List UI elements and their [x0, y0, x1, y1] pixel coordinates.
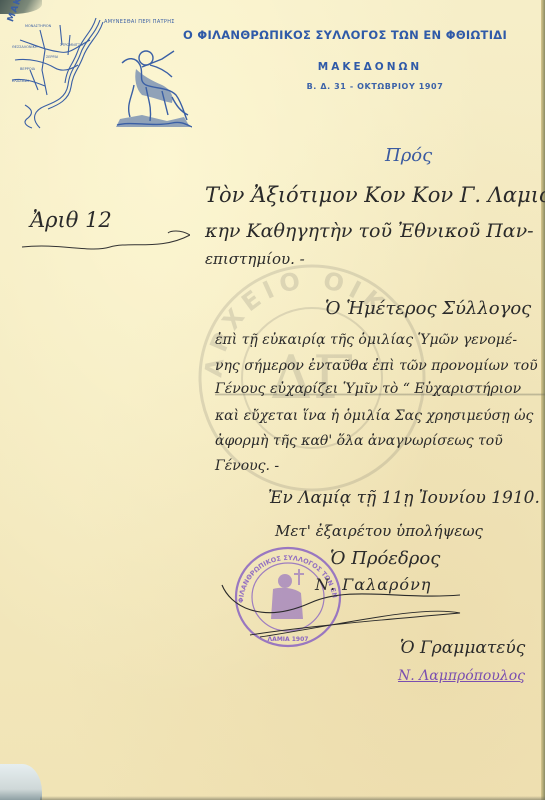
recipient-line-1: Τὸν Ἀξιότιμον Κον Κον Γ. Λαμισά-	[205, 183, 545, 207]
body-line-5: καὶ εὔχεται ἵνα ἡ ὁμιλία Σας χρησιμεύσῃ …	[215, 408, 533, 424]
macedonia-map-icon: ΜΟΝΑΣΤΗΡΙΟΝ ΘΕΣΣΑΛΟΝΙΚΗ ΣΤΡΩΜΝΙΤΣΑ ΣΕΡΡΑ…	[0, 10, 110, 130]
svg-text:ΣΤΡΩΜΝΙΤΣΑ: ΣΤΡΩΜΝΙΤΣΑ	[60, 43, 83, 47]
svg-text:ΕΛΑΣΣΩΝ: ΕΛΑΣΣΩΝ	[12, 79, 29, 83]
secretary-signature: Ν. Λαμπρόπουλος	[398, 668, 525, 684]
body-line-3: νης σήμερον ἐνταῦθα ἐπὶ τῶν προνομίων το…	[215, 358, 538, 374]
recipient-line-3: επιστημίου. -	[205, 250, 305, 268]
society-title: Ο ΦΙΛΑΝΘΡΩΠΙΚΟΣ ΣΥΛΛΟΓΟΣ ΤΩΝ ΕΝ ΦΘΙΩΤΙΔΙ	[183, 28, 543, 42]
body-line-2: ἐπὶ τῇ εὐκαιρίᾳ τῆς ὁμιλίας Ὑμῶν γενομέ-	[215, 332, 517, 348]
body-line-1: Ὁ Ἡμέτερος Σύλλογος	[325, 298, 531, 319]
salutation-to: Πρός	[385, 145, 432, 166]
svg-text:ΒΕΡΡΟΙΑ: ΒΕΡΡΟΙΑ	[20, 67, 36, 71]
society-subtitle: ΜΑΚΕΔΟΝΩΝ	[280, 61, 460, 73]
body-line-6: ἀφορμὴ τῆς καθ' ὅλα ἀναγνωρίσεως τοῦ	[215, 433, 503, 449]
place-date: Ἐν Λαμίᾳ τῇ 11ῃ Ἰουνίου 1910.	[268, 488, 540, 508]
page-edge	[541, 0, 545, 800]
map-motto: ΑΜΥΝΕΣΘΑΙ ΠΕΡΙ ΠΑΤΡΗΣ	[104, 19, 175, 25]
secretary-title: Ὁ Γραμματεύς	[400, 638, 525, 658]
royal-decree-date: Β. Δ. 31 - ΟΚΤΩΒΡΙΟΥ 1907	[290, 82, 460, 91]
recipient-line-2: κην Καθηγητὴν τοῦ Ἐθνικοῦ Παν-	[205, 220, 534, 242]
president-signature-flourish-icon	[220, 565, 470, 645]
torn-corner-bottom	[0, 764, 42, 800]
svg-text:ΜΟΝΑΣΤΗΡΙΟΝ: ΜΟΝΑΣΤΗΡΙΟΝ	[25, 24, 52, 28]
svg-text:ΘΕΣΣΑΛΟΝΙΚΗ: ΘΕΣΣΑΛΟΝΙΚΗ	[12, 45, 38, 49]
saint-george-rider-icon	[112, 45, 192, 130]
reference-flourish-icon	[20, 225, 190, 255]
body-line-4: Γένους εὐχαρίζει Ὑμῖν τὸ “ Εὐχαριστήριον	[215, 381, 521, 397]
closing-formula: Μετ' ἐξαιρέτου ὑπολήψεως	[275, 522, 483, 540]
page-bottom-edge	[40, 796, 545, 800]
document-page: ΑΡΧΕΙΟ ΟΙΚ ΔΓ ΜΟΝΑΣΤΗΡΙΟΝ ΘΕΣΣΑΛΟΝΙΚΗ ΣΤ…	[0, 0, 545, 800]
svg-text:ΔΓ: ΔΓ	[270, 343, 355, 413]
body-line-7: Γένους. -	[215, 458, 279, 474]
svg-text:ΣΕΡΡΑΙ: ΣΕΡΡΑΙ	[46, 55, 58, 59]
